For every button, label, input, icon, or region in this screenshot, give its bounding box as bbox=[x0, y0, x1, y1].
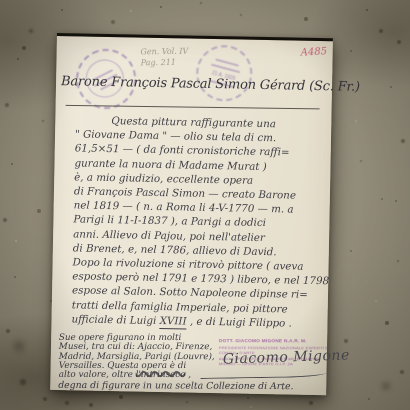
body-line15-after: , e di Luigi Filippo . bbox=[187, 315, 292, 329]
inventory-code: A485 bbox=[300, 46, 327, 58]
stone-texture-speckles bbox=[0, 0, 2, 2]
closing-last-line: degna di figurare in una scelta Collezio… bbox=[58, 380, 320, 392]
body-line15-underlined: XVIII bbox=[160, 315, 187, 330]
scribbled-word: l'intrinseco bbox=[136, 370, 186, 380]
handwritten-body: Questa pittura raffigurante una " Giovan… bbox=[71, 113, 315, 331]
document-paper: Gen. Vol. IV Pag. 211 21 A. 1929 A485 Ba… bbox=[50, 33, 333, 395]
photo-of-document: { "photo": { "background_hex": "#8e8775"… bbox=[0, 0, 410, 410]
pencil-annotation: Gen. Vol. IV Pag. 211 bbox=[140, 46, 188, 69]
pencil-note-line1: Gen. Vol. IV bbox=[140, 46, 188, 58]
pencil-note-line2: Pag. 211 bbox=[141, 57, 189, 69]
closing-scribble-before: alto valore, oltre bbox=[59, 370, 136, 380]
signature-flourish bbox=[200, 370, 326, 379]
closing-scribble-after: , bbox=[186, 370, 192, 380]
oval-date-stamp: 21 A. 1929 bbox=[190, 39, 259, 108]
body-line15-before: ufficiale di Luigi bbox=[71, 313, 159, 327]
